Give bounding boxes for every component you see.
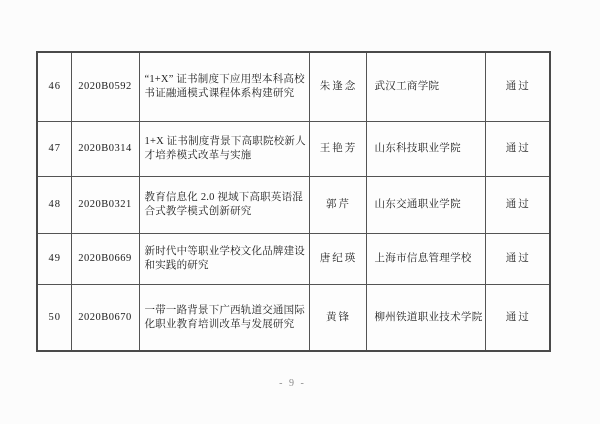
document-page: 46 2020B0592 “1+X” 证书制度下应用型本科高校书证融通模式课程体…: [0, 0, 600, 424]
institution-cell: 山东交通职业学院: [366, 177, 485, 234]
projects-approval-table: 46 2020B0592 “1+X” 证书制度下应用型本科高校书证融通模式课程体…: [36, 51, 551, 352]
row-number-cell: 47: [37, 122, 71, 177]
project-title-cell: 一带一路背景下广西轨道交通国际化职业教育培训改革与发展研究: [139, 285, 309, 352]
table-row: 48 2020B0321 教育信息化 2.0 视域下高职英语混合式教学模式创新研…: [37, 177, 550, 234]
project-title-cell: 1+X 证书制度背景下高职院校新人才培养模式改革与实施: [139, 122, 309, 177]
review-status-cell: 通过: [485, 52, 550, 122]
project-id-cell: 2020B0314: [71, 122, 139, 177]
leader-name-cell: 唐纪瑛: [309, 234, 366, 285]
row-number-cell: 46: [37, 52, 71, 122]
project-title-cell: “1+X” 证书制度下应用型本科高校书证融通模式课程体系构建研究: [139, 52, 309, 122]
leader-name-cell: 郭芹: [309, 177, 366, 234]
table-row: 50 2020B0670 一带一路背景下广西轨道交通国际化职业教育培训改革与发展…: [37, 285, 550, 352]
table-row: 47 2020B0314 1+X 证书制度背景下高职院校新人才培养模式改革与实施…: [37, 122, 550, 177]
row-number-cell: 49: [37, 234, 71, 285]
project-title-cell: 新时代中等职业学校文化品牌建设和实践的研究: [139, 234, 309, 285]
institution-cell: 武汉工商学院: [366, 52, 485, 122]
project-id-cell: 2020B0321: [71, 177, 139, 234]
row-number-cell: 50: [37, 285, 71, 352]
leader-name-cell: 朱逢念: [309, 52, 366, 122]
row-number-cell: 48: [37, 177, 71, 234]
page-number: - 9 -: [36, 378, 549, 389]
leader-name-cell: 黄锋: [309, 285, 366, 352]
institution-cell: 上海市信息管理学校: [366, 234, 485, 285]
review-status-cell: 通过: [485, 122, 550, 177]
review-status-cell: 通过: [485, 177, 550, 234]
project-id-cell: 2020B0670: [71, 285, 139, 352]
table-row: 49 2020B0669 新时代中等职业学校文化品牌建设和实践的研究 唐纪瑛 上…: [37, 234, 550, 285]
project-id-cell: 2020B0669: [71, 234, 139, 285]
institution-cell: 山东科技职业学院: [366, 122, 485, 177]
leader-name-cell: 王艳芳: [309, 122, 366, 177]
table-row: 46 2020B0592 “1+X” 证书制度下应用型本科高校书证融通模式课程体…: [37, 52, 550, 122]
project-title-cell: 教育信息化 2.0 视域下高职英语混合式教学模式创新研究: [139, 177, 309, 234]
review-status-cell: 通过: [485, 285, 550, 352]
review-status-cell: 通过: [485, 234, 550, 285]
institution-cell: 柳州铁道职业技术学院: [366, 285, 485, 352]
project-id-cell: 2020B0592: [71, 52, 139, 122]
